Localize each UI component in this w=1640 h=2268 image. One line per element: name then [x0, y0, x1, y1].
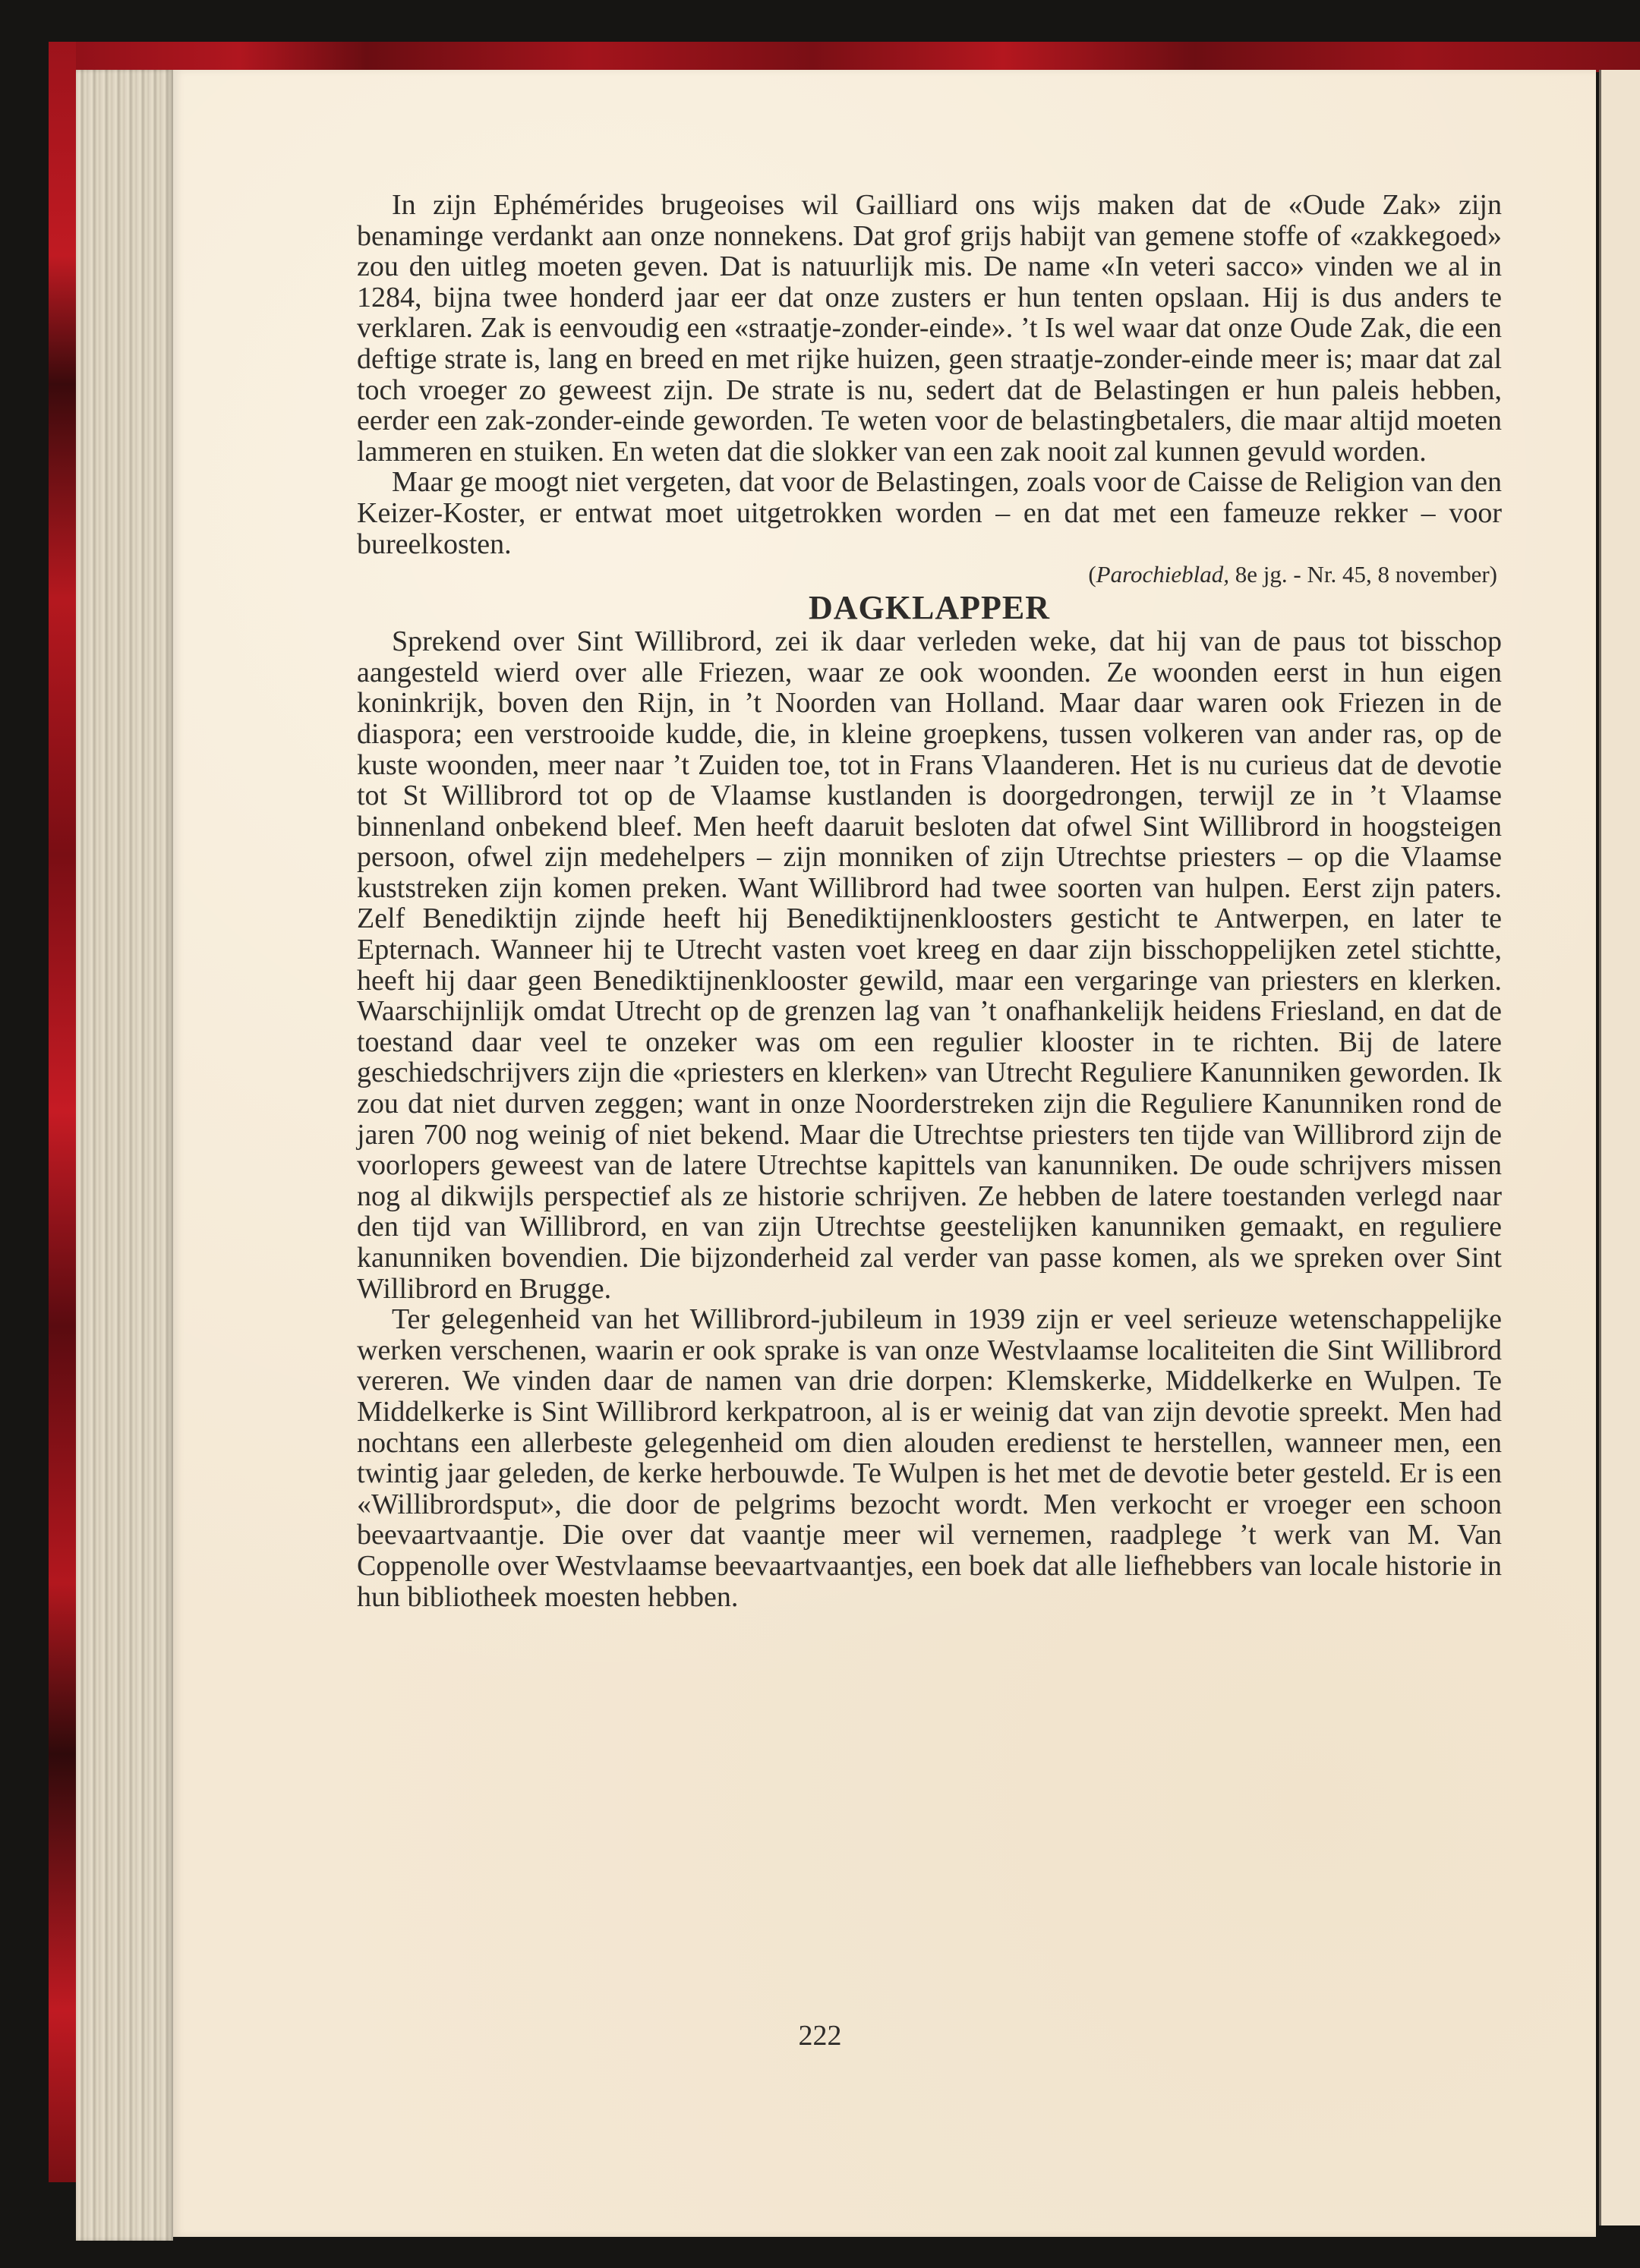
next-page-edge [1599, 70, 1640, 2225]
section-heading: DAGKLAPPER [357, 590, 1502, 626]
book-cover-left-edge [49, 42, 76, 2182]
paragraph-oude-zak: In zijn Ephémérides brugeoises wil Gaill… [357, 190, 1502, 467]
publication-details: 8e jg. - Nr. 45, 8 november [1235, 561, 1490, 587]
paragraph-belastingen: Maar ge moogt niet vergeten, dat voor de… [357, 467, 1502, 559]
paragraph-jubileum: Ter gelegenheid van het Willibrord-jubil… [357, 1304, 1502, 1612]
page-edges [76, 70, 173, 2241]
publication-title: Parochieblad, [1096, 561, 1229, 587]
book-cover-top-edge [49, 42, 1640, 72]
paragraph-willibrord: Sprekend over Sint Willibrord, zei ik da… [357, 626, 1502, 1304]
page-number: 222 [0, 2019, 1640, 2052]
page-text: In zijn Ephémérides brugeoises wil Gaill… [357, 190, 1502, 1612]
source-citation: (Parochieblad, 8e jg. - Nr. 45, 8 novemb… [357, 559, 1502, 590]
